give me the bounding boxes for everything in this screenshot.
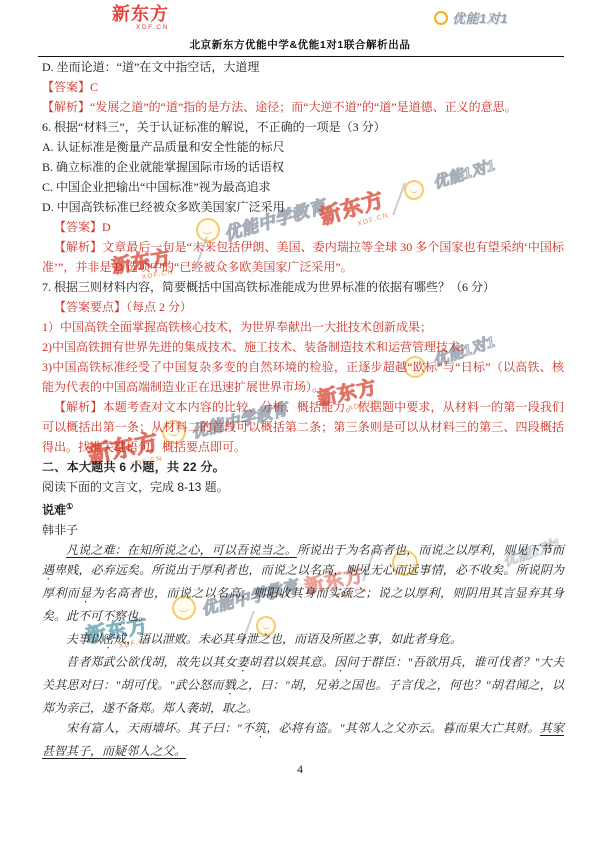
q5-option-d: D. 坐而论道：“道”在文中指空话，大道理 (42, 57, 564, 77)
classical-text-author: 韩非子 (42, 520, 564, 540)
wenyan-segment: 筑 (254, 721, 266, 735)
classical-text-title: 说难① (42, 497, 564, 520)
q6-option-d: D. 中国高铁标准已经被众多欧美国家广泛采用 (42, 197, 564, 217)
wenyan-paragraph-4: 宋有富人，天雨墙坏。其子曰："不筑，必将有盗。"其邻人之父亦云。暮而果大亡其财。… (42, 718, 564, 761)
header-title: 北京新东方优能中学&优能1对1联合解析出品 (0, 0, 600, 52)
wenyan-paragraph-1: 凡说之难：在知所说之心，可以吾说当之。所说出于为名高者也，而说之以厚利，则见下节… (42, 540, 564, 629)
wenyan-segment: 夫事以 (66, 632, 102, 646)
section-2-heading: 二、本大题共 6 小题，共 22 分。 (42, 457, 564, 477)
wenyan-segment: 察 (114, 609, 126, 623)
section-2-intro: 阅读下面的文言文，完成 8-13 题。 (42, 477, 564, 497)
wenyan-segment: 凡说之难：在知所说之心，可以吾说当之。 (66, 543, 297, 557)
xdf-logo-url: XDF.CN (112, 24, 169, 31)
wenyan-segment: 遇 (42, 563, 54, 577)
q7-point-2: 2)中国高铁拥有世界先进的集成技术、施工技术、装备制造技术和运营管理技术； (42, 337, 564, 357)
wenyan-segment: 所说出于为名高者也，而说之以厚利，则见下节而 (297, 543, 564, 557)
q7-point-1: 1）中国高铁全面掌握高铁核心技术，为世界奉献出一大批技术创新成果； (42, 317, 564, 337)
wenyan-segment: 显 (79, 586, 91, 600)
wenyan-segment: 妻 (237, 655, 249, 669)
q6-option-b: B. 确立标准的企业就能掌握国际市场的话语权 (42, 157, 564, 177)
wenyan-paragraph-2: 夫事以密成，语以泄败。未必其身泄之也，而语及所匿之事，如此者身危。 (42, 629, 564, 652)
wenyan-segment: 也。 (126, 609, 150, 623)
title-text: 说难 (42, 503, 66, 517)
q6-option-c: C. 中国企业把输出“中国标准”视为最高追求 (42, 177, 564, 197)
q7-analysis: 【解析】本题考查对文本内容的比较、分析、概括能力。依据题中要求，从材料一的第一段… (42, 397, 564, 457)
q5-analysis: 【解析】“发展之道”的“道”指的是方法、途径；而“大逆不道”的“道”是道德、正义… (42, 97, 564, 117)
wenyan-segment: ，必将有盗。"其邻人之父亦云。暮而果大亡其财。 (266, 721, 539, 735)
youneng-logo-text: 优能1对1 (452, 8, 508, 27)
wenyan-segment: 昔者郑武公欲伐胡，故先以其女 (66, 655, 237, 669)
wenyan-segment: 胡君以娱其意。 (249, 655, 334, 669)
wenyan-paragraph-3: 昔者郑武公欲伐胡，故先以其女妻胡君以娱其意。因问于群臣："吾欲用兵，谁可伐者？"… (42, 652, 564, 718)
youneng-logo: 优能1对1 (434, 8, 508, 27)
wenyan-segment: 戮 (224, 678, 236, 692)
xdf-logo: 新东方 XDF.CN (112, 4, 169, 31)
document-page: 新东方 XDF.CN 优能1对1 北京新东方优能中学&优能1对1联合解析出品 优… (0, 0, 600, 848)
question-7-stem: 7. 根据三则材料内容，简要概括中国高铁标准能成为世界标准的依据有哪些？（6 分… (42, 277, 564, 297)
q6-analysis: 【解析】文章最后一句是“未来包括伊朗、美国、委内瑞拉等全球 30 多个国家也有望… (42, 237, 564, 277)
document-body: D. 坐而论道：“道”在文中指空话，大道理 【答案】C 【解析】“发展之道”的“… (0, 57, 600, 761)
title-footnote-mark: ① (66, 502, 73, 511)
q6-option-a: A. 认证标准是衡量产品质量和安全性能的标尺 (42, 137, 564, 157)
youneng-circle-icon (434, 11, 448, 25)
page-number: 4 (0, 762, 600, 777)
wenyan-segment: 成，语以泄败。未必其身泄之也，而语及所匿之事，如此者身危。 (114, 632, 462, 646)
q6-answer: 【答案】D (42, 217, 564, 237)
wenyan-segment: 因 (334, 655, 346, 669)
q7-point-3: 3)中国高铁标准经受了中国复杂多变的自然环境的检验，正逐步超越“欧标”与“日标”… (42, 357, 564, 397)
xdf-logo-text: 新东方 (112, 4, 169, 24)
q5-answer: 【答案】C (42, 77, 564, 97)
wenyan-segment: 密 (102, 632, 114, 646)
q7-answer-header: 【答案要点】（每点 2 分） (42, 297, 564, 317)
question-6-stem: 6. 根据“材料三”，关于认证标准的解说，不正确的一项是（3 分） (42, 117, 564, 137)
wenyan-segment: 宋有富人，天雨墙坏。其子曰："不 (66, 721, 254, 735)
